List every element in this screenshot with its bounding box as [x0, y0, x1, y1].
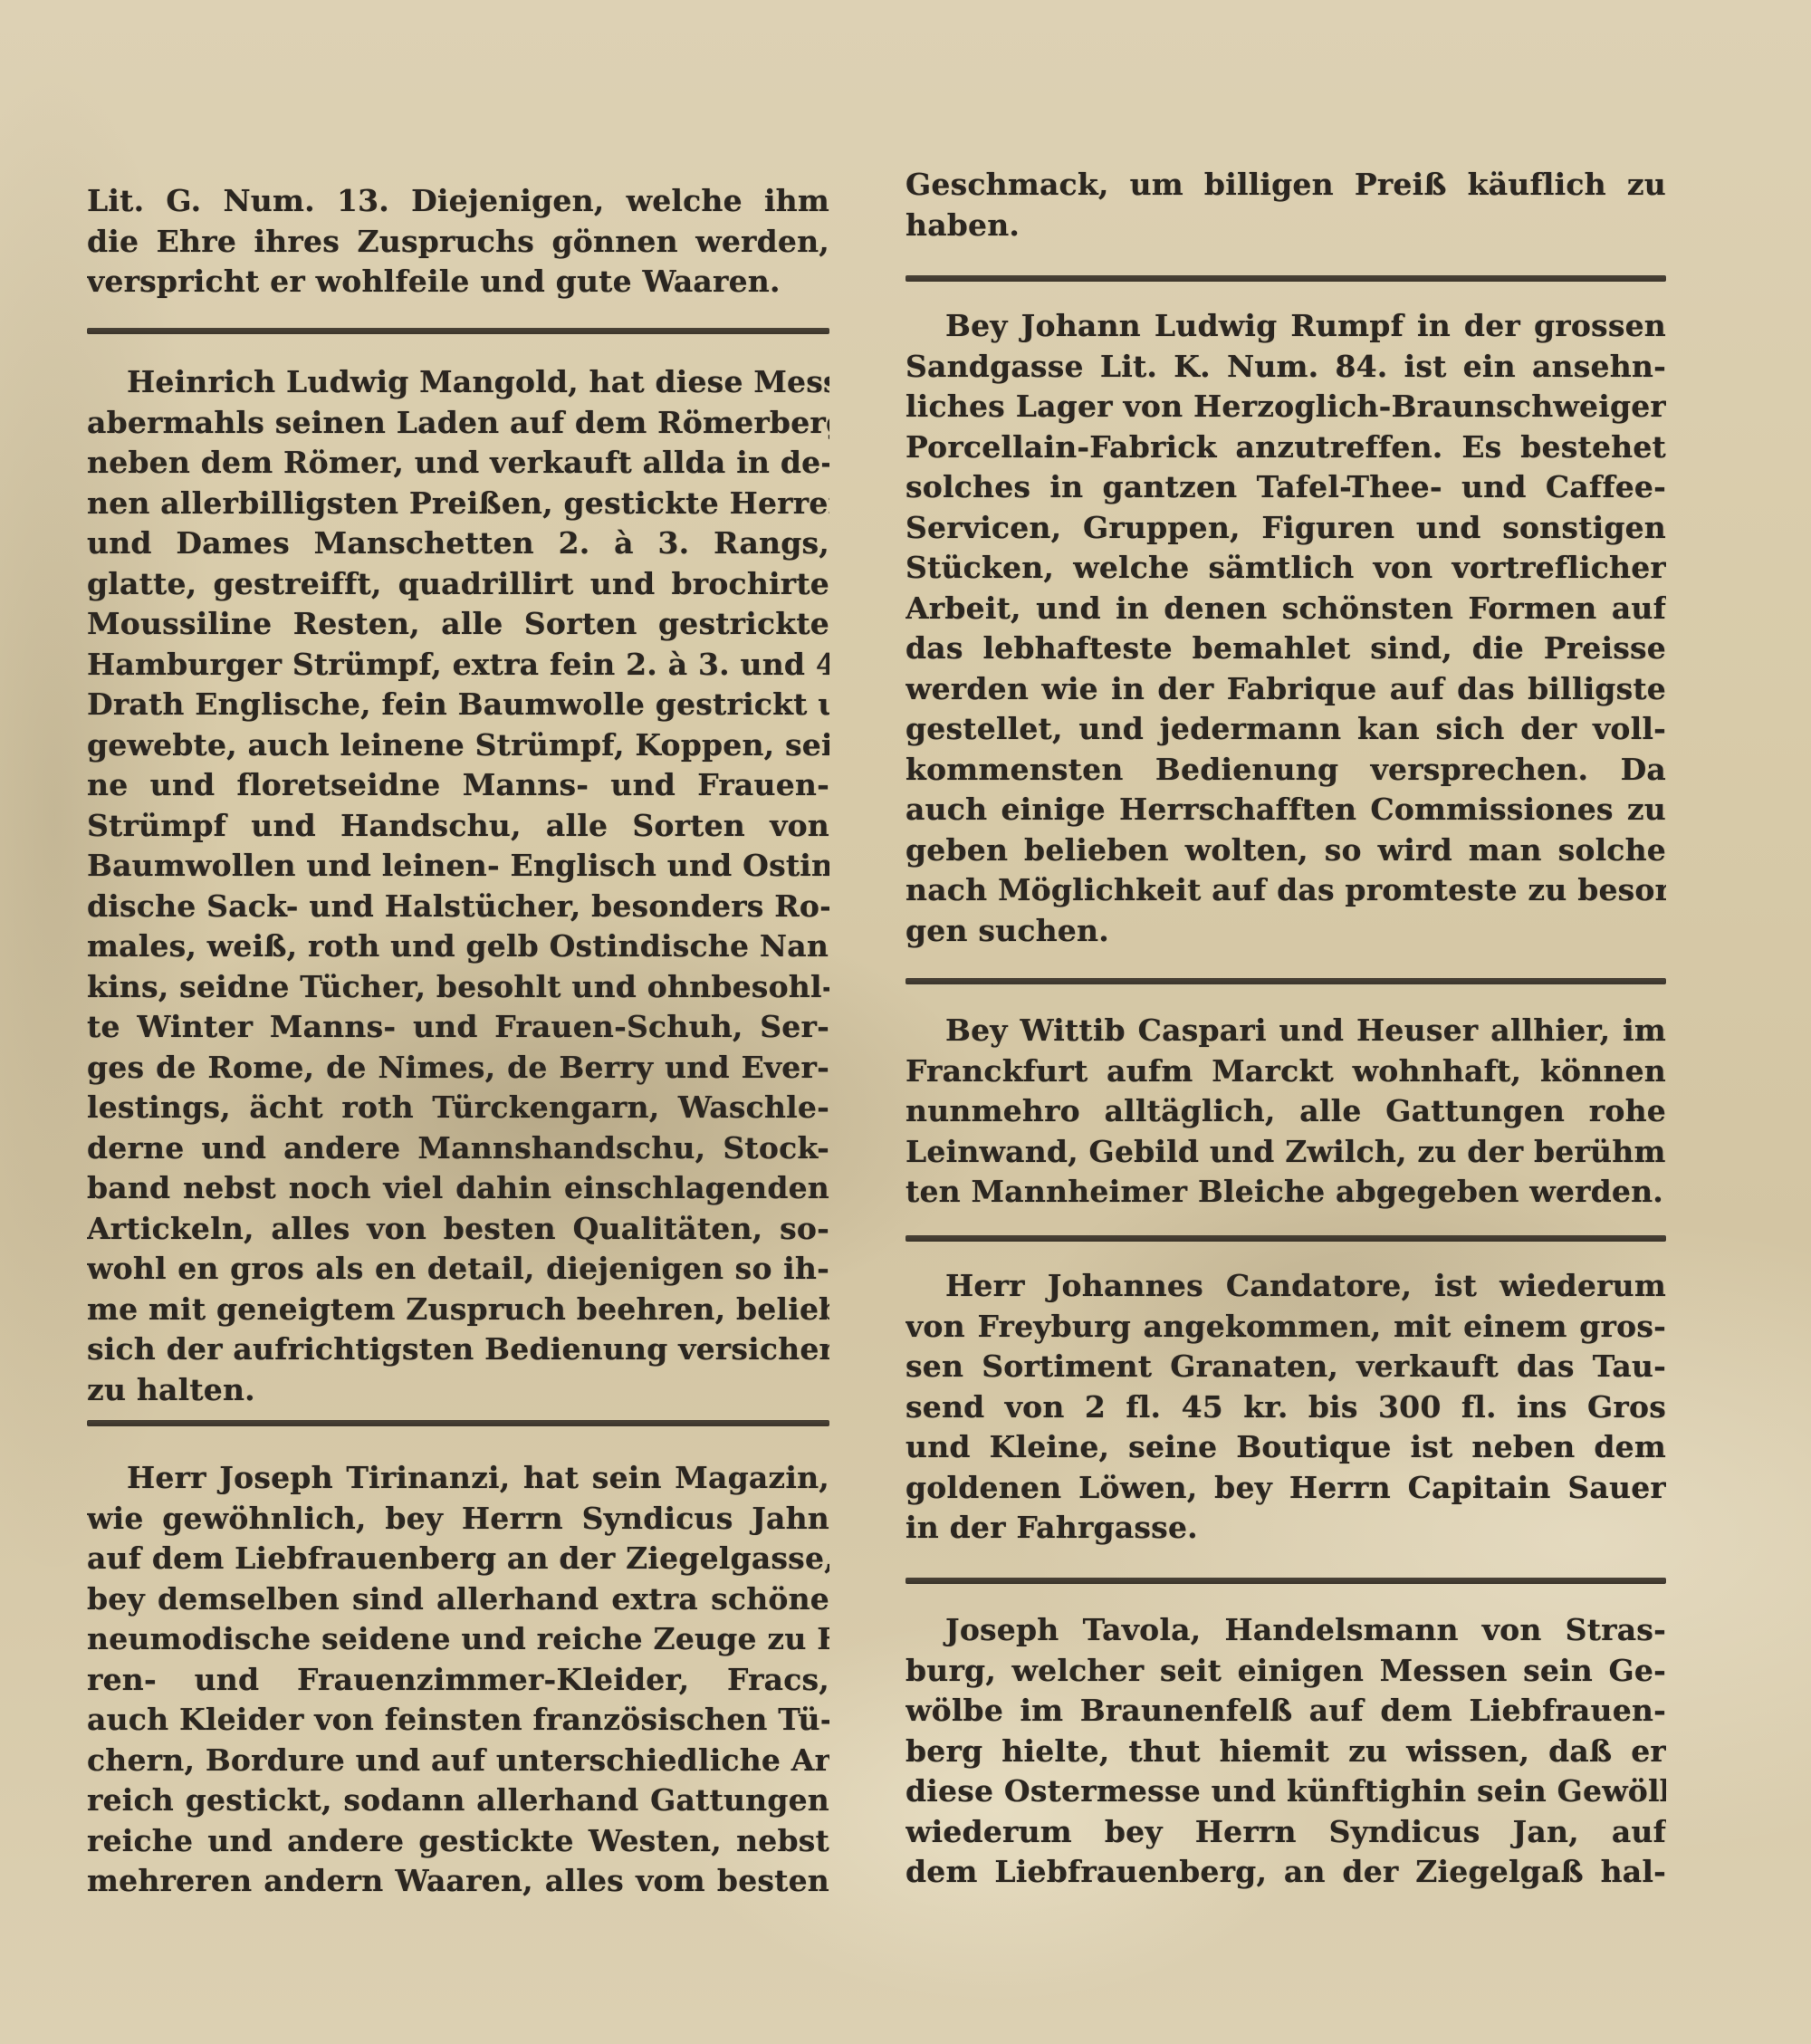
text-line: males, weiß, roth und gelb Ostindische N…	[87, 926, 829, 967]
text-line: me mit geneigtem Zuspruch beehren, belie…	[87, 1290, 829, 1330]
text-line: gewebte, auch leinene Strümpf, Koppen, s…	[87, 725, 829, 766]
text-line: gestellet, und jedermann kan sich der vo…	[905, 709, 1666, 750]
text-line: sen Sortiment Granaten, verkauft das Tau…	[905, 1347, 1666, 1387]
text-line: ne und floretseidne Manns- und Frauen-	[87, 765, 829, 806]
text-line: berg hielte, thut hiemit zu wissen, daß …	[905, 1732, 1666, 1772]
text-line: band nebst noch viel dahin einschlagende…	[87, 1168, 829, 1209]
text-line: Sandgasse Lit. K. Num. 84. ist ein anseh…	[905, 347, 1666, 388]
text-line: das lebhafteste bemahlet sind, die Preis…	[905, 629, 1666, 669]
text-line: Bey Johann Ludwig Rumpf in der grossen	[905, 306, 1666, 347]
text-line: nunmehro alltäglich, alle Gattungen rohe	[905, 1091, 1666, 1132]
notice-candatore: Herr Johannes Candatore, ist wiederum vo…	[905, 1266, 1666, 1549]
text-line: und Kleine, seine Boutique ist neben dem	[905, 1427, 1666, 1468]
text-line: werden wie in der Fabrique auf das billi…	[905, 669, 1666, 710]
text-line: lestings, ächt roth Türckengarn, Waschle…	[87, 1088, 829, 1128]
text-line: Bey Wittib Caspari und Heuser allhier, i…	[905, 1011, 1666, 1051]
text-line: mehreren andern Waaren, alles vom besten	[87, 1861, 829, 1902]
text-line: Drath Englische, fein Baumwolle gestrick…	[87, 685, 829, 725]
text-line: dische Sack- und Halstücher, besonders R…	[87, 887, 829, 927]
text-line: Stücken, welche sämtlich von vortreflich…	[905, 548, 1666, 589]
text-line: auch einige Herrschafften Commissiones z…	[905, 790, 1666, 830]
section-divider	[905, 978, 1666, 984]
text-line: Joseph Tavola, Handelsmann von Stras-	[905, 1610, 1666, 1651]
text-line: verspricht er wohlfeile und gute Waaren.	[87, 262, 829, 302]
text-line: nach Möglichkeit auf das promteste zu be…	[905, 870, 1666, 911]
text-line: ges de Rome, de Nimes, de Berry und Ever…	[87, 1048, 829, 1089]
text-line: Franckfurt aufm Marckt wohnhaft, können	[905, 1051, 1666, 1092]
text-line: zu halten.	[87, 1370, 829, 1411]
text-line: und Dames Manschetten 2. à 3. Rangs,	[87, 523, 829, 564]
text-line: Arbeit, und in denen schönsten Formen au…	[905, 589, 1666, 629]
text-line: burg, welcher seit einigen Messen sein G…	[905, 1651, 1666, 1692]
notice-mangold: Heinrich Ludwig Mangold, hat diese Messe…	[87, 362, 829, 1410]
text-line: wohl en gros als en detail, diejenigen s…	[87, 1249, 829, 1290]
text-line: wiederum bey Herrn Syndicus Jan, auf	[905, 1812, 1666, 1853]
text-line: goldenen Löwen, bey Herrn Capitain Sauer	[905, 1468, 1666, 1509]
text-line: auf dem Liebfrauenberg an der Ziegelgass…	[87, 1539, 829, 1579]
text-line: Geschmack, um billigen Preiß käuflich zu	[905, 165, 1666, 206]
text-line: diese Ostermesse und künftighin sein Gew…	[905, 1771, 1666, 1812]
text-line: die Ehre ihres Zuspruchs gönnen werden,	[87, 222, 829, 263]
text-line: haben.	[905, 206, 1666, 246]
text-line: wie gewöhnlich, bey Herrn Syndicus Jahn	[87, 1499, 829, 1540]
text-line: neumodische seidene und reiche Zeuge zu …	[87, 1619, 829, 1660]
text-line: dem Liebfrauenberg, an der Ziegelgaß hal…	[905, 1852, 1666, 1893]
text-line: geben belieben wolten, so wird man solch…	[905, 830, 1666, 871]
text-line: Strümpf und Handschu, alle Sorten von	[87, 806, 829, 847]
text-line: Herr Johannes Candatore, ist wiederum	[905, 1266, 1666, 1307]
text-line: te Winter Manns- und Frauen-Schuh, Ser-	[87, 1007, 829, 1048]
text-line: Lit. G. Num. 13. Diejenigen, welche ihm	[87, 181, 829, 222]
text-line: auch Kleider von feinsten französischen …	[87, 1700, 829, 1741]
document-page: Lit. G. Num. 13. Diejenigen, welche ihm …	[0, 0, 1811, 2044]
text-line: nen allerbilligsten Preißen, gestickte H…	[87, 484, 829, 524]
text-line: bey demselben sind allerhand extra schön…	[87, 1579, 829, 1620]
text-line: Baumwollen und leinen- Englisch und Osti…	[87, 846, 829, 887]
notice-tirinanzi: Herr Joseph Tirinanzi, hat sein Magazin,…	[87, 1458, 829, 1902]
section-divider	[87, 1420, 829, 1426]
text-line: Hamburger Strümpf, extra fein 2. à 3. un…	[87, 645, 829, 686]
text-line: in der Fahrgasse.	[905, 1508, 1666, 1549]
text-line: Leinwand, Gebild und Zwilch, zu der berü…	[905, 1132, 1666, 1173]
text-line: sich der aufrichtigsten Bedienung versic…	[87, 1329, 829, 1370]
text-line: reiche und andere gestickte Westen, nebs…	[87, 1821, 829, 1862]
text-line: derne und andere Mannshandschu, Stock-	[87, 1128, 829, 1169]
text-line: neben dem Römer, und verkauft allda in d…	[87, 443, 829, 484]
text-line: kommensten Bedienung versprechen. Da	[905, 750, 1666, 791]
text-line: abermahls seinen Laden auf dem Römerberg	[87, 403, 829, 444]
text-line: glatte, gestreifft, quadrillirt und broc…	[87, 564, 829, 605]
text-line: wölbe im Braunenfelß auf dem Liebfrauen-	[905, 1691, 1666, 1732]
text-line: Porcellain-Fabrick anzutreffen. Es beste…	[905, 427, 1666, 468]
notice-rumpf: Bey Johann Ludwig Rumpf in der grossen S…	[905, 306, 1666, 951]
text-line: kins, seidne Tücher, besohlt und ohnbeso…	[87, 967, 829, 1008]
text-line: reich gestickt, sodann allerhand Gattung…	[87, 1780, 829, 1821]
text-line: chern, Bordure und auf unterschiedliche …	[87, 1741, 829, 1781]
text-line: Servicen, Gruppen, Figuren und sonstigen	[905, 508, 1666, 549]
section-divider	[905, 1235, 1666, 1242]
text-line: Heinrich Ludwig Mangold, hat diese Messe	[87, 362, 829, 403]
text-line: solches in gantzen Tafel-Thee- und Caffe…	[905, 467, 1666, 508]
section-divider	[87, 328, 829, 334]
section-divider	[905, 275, 1666, 282]
text-line: liches Lager von Herzoglich-Braunschweig…	[905, 387, 1666, 427]
notice-tavola: Joseph Tavola, Handelsmann von Stras- bu…	[905, 1610, 1666, 1893]
text-line: von Freyburg angekommen, mit einem gros-	[905, 1307, 1666, 1348]
section-divider	[905, 1578, 1666, 1584]
text-line: send von 2 fl. 45 kr. bis 300 fl. ins Gr…	[905, 1387, 1666, 1428]
notice-caspari-heuser: Bey Wittib Caspari und Heuser allhier, i…	[905, 1011, 1666, 1213]
notice-continuation-top-right: Geschmack, um billigen Preiß käuflich zu…	[905, 165, 1666, 245]
text-line: ten Mannheimer Bleiche abgegeben werden.	[905, 1172, 1666, 1213]
text-line: gen suchen.	[905, 911, 1666, 952]
text-line: Herr Joseph Tirinanzi, hat sein Magazin,	[87, 1458, 829, 1499]
notice-continuation-top-left: Lit. G. Num. 13. Diejenigen, welche ihm …	[87, 181, 829, 302]
text-line: Artickeln, alles von besten Qualitäten, …	[87, 1209, 829, 1250]
text-line: Moussiline Resten, alle Sorten gestrickt…	[87, 604, 829, 645]
text-line: ren- und Frauenzimmer-Kleider, Fracs,	[87, 1660, 829, 1701]
